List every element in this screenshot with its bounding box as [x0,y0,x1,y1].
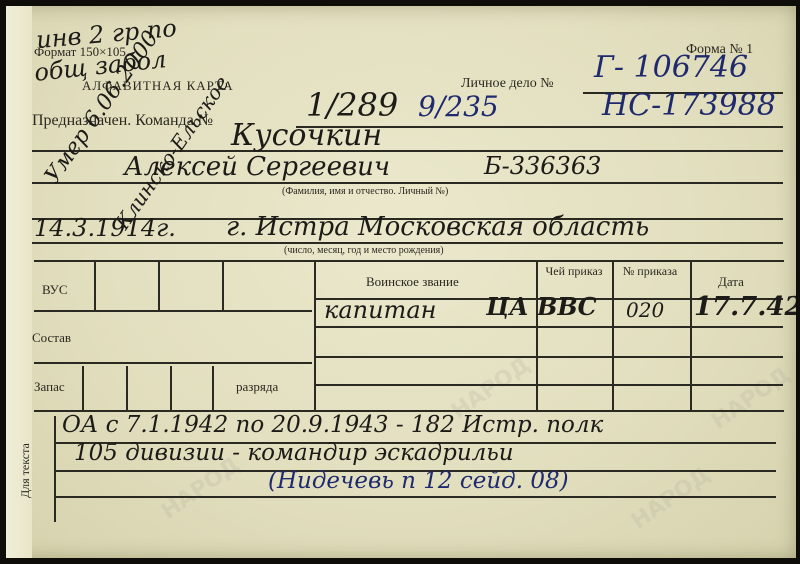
personal-number: Б-336363 [484,152,601,180]
column-divider [690,262,692,410]
row-line [316,356,783,358]
zapas-divider [126,366,128,410]
text-line-2: 105 дивизии - командир эскадрильи [74,440,514,466]
personal-file-number-1: Г- 106746 [594,50,748,85]
column-divider [536,262,538,410]
watermark: НАРОД [627,462,715,534]
order-number-value: 020 [626,298,664,322]
birth-caption: (число, месяц, год и место рождения) [284,245,444,256]
birth-date: 14.3.1914г. [34,214,176,242]
vus-divider [94,262,96,310]
date-header: Дата [718,274,744,290]
zapas-divider [212,366,214,410]
order-date-value: 17.7.42 [694,292,796,322]
column-divider [612,262,614,410]
vus-line [34,310,312,312]
alphabetical-card: НАРОД НАРОД НАРОД НАРОД Формат 150×105 Ф… [6,6,796,558]
vus-divider [222,262,224,310]
zapas-divider [170,366,172,410]
sostav-line [34,362,312,364]
table-top-line [34,260,784,262]
table-main-divider [314,262,316,410]
birth-line [32,242,783,244]
sostav-label: Состав [32,330,71,346]
command-number-2: 9/235 [418,90,499,123]
text-line-3: (Нидечевь п 12 сейд. 08) [268,468,569,494]
zapas-divider [82,366,84,410]
personal-file-number-2: НС-173988 [602,88,776,123]
text-line-1: ОА с 7.1.1942 по 20.9.1943 - 182 Истр. п… [62,412,603,438]
surname: Кусочкин [231,118,382,153]
text-side-label: Для текста [18,443,33,498]
text-line [54,496,776,498]
zapas-label: Запас [34,379,65,395]
rank-header: Воинское звание [366,274,459,290]
order-number-header: № приказа [612,264,688,278]
vus-label: ВУС [42,282,68,298]
text-area-border [54,416,56,522]
row-line [316,384,783,386]
rank-value: капитан [324,296,436,324]
vus-divider [158,262,160,310]
watermark: НАРОД [707,362,795,434]
whose-order-header: Чей приказ [536,264,612,278]
row-line [316,326,783,328]
birth-place: г. Истра Московская область [226,212,649,242]
whose-order-value: ЦА ВВС [486,292,597,321]
name-caption: (Фамилия, имя и отчество. Личный №) [282,186,448,197]
razryada-label: разряда [236,379,278,395]
